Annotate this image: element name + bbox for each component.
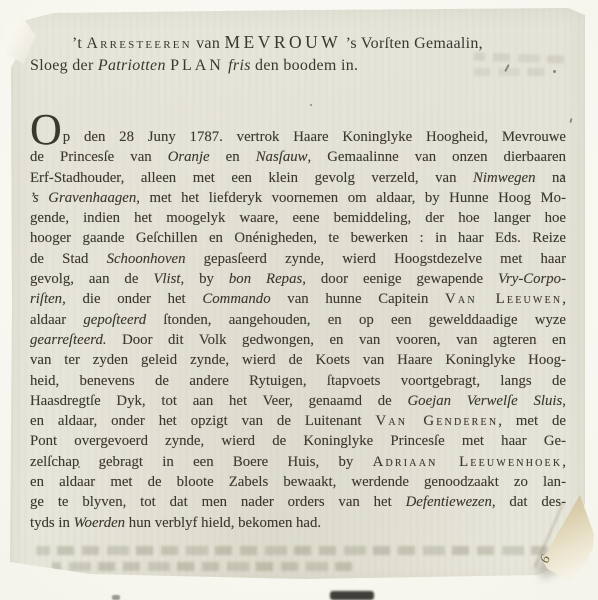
text-segment: van ter zyden geleid zynde, wierd de Koe… bbox=[30, 352, 566, 368]
ink-speck bbox=[562, 174, 564, 178]
text-segment: tyds in bbox=[30, 515, 74, 531]
text-segment: de Princesſe van bbox=[30, 149, 168, 165]
text-segment: , Gemaalinne van onzen dierbaaren bbox=[308, 149, 567, 165]
text-line-18: en aldaar met de bloote Zabels bewaakt, … bbox=[30, 472, 566, 492]
text-segment: heid, benevens de andere Rytuigen, ſtapv… bbox=[30, 373, 566, 389]
text-segment: ’s Vorſten Gemaalin, bbox=[341, 35, 483, 52]
text-line-5: gende, indien het moogelyk waare, eene b… bbox=[30, 208, 566, 228]
text-segment: zelſchap gebragt in een Boere Huis, by bbox=[30, 454, 373, 470]
text-line-6: hooger gaande Geſchillen en Onénigheden,… bbox=[30, 228, 566, 248]
text-segment: Haasdregtſe Dyk, tot aan het Veer, genaa… bbox=[30, 393, 407, 409]
text-segment: gepoſteerd bbox=[83, 312, 146, 328]
text-segment: Erf-Stadhouder, alleen met een klein gev… bbox=[30, 170, 473, 186]
text-segment: Van Genderen bbox=[375, 413, 498, 429]
text-segment: , die onder het bbox=[62, 291, 202, 307]
text-segment: Schoonhoven bbox=[107, 251, 186, 267]
text-line-20: tyds in Woerden hun verblyf hield, bekom… bbox=[30, 513, 566, 533]
text-segment: , bbox=[562, 393, 566, 409]
text-segment: , bbox=[562, 291, 566, 307]
text-segment: Pont overgevoerd zynde, wierd de Koningl… bbox=[30, 433, 566, 449]
text-line-11: gearreſteerd. Door dit Volk gedwongen, e… bbox=[30, 330, 566, 350]
text-segment: MEVROUW bbox=[224, 32, 341, 52]
text-segment: en aldaar, onder het opzigt van de Luite… bbox=[30, 413, 375, 429]
text-segment: van hunne Capitein bbox=[271, 291, 445, 307]
text-line-16: Pont overgevoerd zynde, wierd de Koningl… bbox=[30, 431, 566, 451]
text-segment: hooger gaande Geſchillen en Onénigheden,… bbox=[30, 230, 566, 246]
text-line-9: riſten, die onder het Commando van hunne… bbox=[30, 289, 566, 309]
text-line-10: aldaar gepoſteerd ſtonden, aangehouden, … bbox=[30, 310, 566, 330]
text-segment: , dat des- bbox=[492, 494, 566, 510]
text-segment: , by bbox=[180, 271, 228, 287]
ink-speck bbox=[553, 70, 556, 73]
text-segment: ge te blyven, tot dat men nader orders v… bbox=[30, 494, 406, 510]
text-segment: , met de bbox=[498, 413, 566, 429]
text-segment: gepasſeerd zynde, wierd Hoogstdezelve me… bbox=[185, 251, 566, 267]
text-segment: den boodem in. bbox=[251, 57, 359, 74]
text-line-8: gevolg, aan de Vlist, by bon Repas, door… bbox=[30, 269, 566, 289]
ink-show-through-1 bbox=[36, 546, 548, 555]
text-line-4: ’s Gravenhaagen, met het liefderyk voorn… bbox=[30, 188, 566, 208]
text-segment: Commando bbox=[202, 291, 270, 307]
ink-show-through-4 bbox=[474, 68, 544, 76]
text-segment: Vry-Corpo- bbox=[498, 271, 566, 287]
text-line-19: ge te blyven, tot dat men nader orders v… bbox=[30, 492, 566, 512]
text-segment: hun verblyf hield, bekomen had. bbox=[125, 515, 321, 531]
ink-speck bbox=[569, 118, 572, 123]
text-segment: Sloeg der bbox=[30, 57, 98, 74]
text-line-17: zelſchap gebragt in een Boere Huis, by A… bbox=[30, 452, 566, 472]
text-segment: bon Repas bbox=[229, 271, 302, 287]
text-segment: ’s Gravenhaagen bbox=[30, 190, 136, 206]
text-segment: Defentiewezen bbox=[406, 494, 492, 510]
text-segment: Arresteeren bbox=[86, 35, 191, 52]
text-segment: Door dit Volk gedwongen, en van vooren, … bbox=[107, 332, 566, 348]
text-segment: p den 28 Juny 1787. vertrok Haare Koning… bbox=[63, 129, 566, 145]
text-segment: gearreſteerd. bbox=[30, 332, 107, 348]
text-segment: Oranje bbox=[168, 149, 210, 165]
body-text: Op den 28 Juny 1787. vertrok Haare Konin… bbox=[30, 127, 566, 533]
text-line-14: Haasdregtſe Dyk, tot aan het Veer, genaa… bbox=[30, 391, 566, 411]
text-segment: Adriaan Leeuwenhoek bbox=[373, 454, 563, 470]
text-segment: , bbox=[562, 454, 566, 470]
text-segment: gevolg, aan de bbox=[30, 271, 153, 287]
text-segment: ſtonden, aangehouden, en op een geweldda… bbox=[146, 312, 566, 328]
text-segment: PLAN bbox=[170, 57, 224, 74]
text-segment: , met het liefderyk voornemen om aldaar,… bbox=[136, 190, 566, 206]
ink-smudge-small bbox=[112, 595, 120, 600]
ink-smudge-bottom bbox=[330, 591, 374, 600]
text-segment: , door eenige gewapende bbox=[302, 271, 498, 287]
text-segment: aldaar bbox=[30, 312, 83, 328]
text-segment: Woerden bbox=[74, 515, 126, 531]
text-segment: fris bbox=[228, 57, 251, 74]
text-line-15: en aldaar, onder het opzigt van de Luite… bbox=[30, 411, 566, 431]
text-segment: Vlist bbox=[153, 271, 180, 287]
text-segment: en aldaar met de bloote Zabels bewaakt, … bbox=[30, 474, 566, 490]
text-segment: de Stad bbox=[30, 251, 107, 267]
text-segment: Nasſauw bbox=[256, 149, 308, 165]
headline-line-1: ’t Arresteeren van MEVROUW ’s Vorſten Ge… bbox=[72, 32, 555, 53]
text-segment: van bbox=[192, 35, 225, 52]
text-segment: ’t bbox=[72, 35, 86, 52]
text-segment: Nimwegen bbox=[473, 170, 535, 186]
text-segment: en bbox=[210, 149, 256, 165]
text-segment: riſten bbox=[30, 291, 62, 307]
ink-speck bbox=[310, 104, 312, 106]
ink-speck bbox=[78, 466, 80, 468]
text-line-7: de Stad Schoonhoven gepasſeerd zynde, wi… bbox=[30, 249, 566, 269]
text-line-3: Erf-Stadhouder, alleen met een klein gev… bbox=[30, 168, 566, 188]
text-line-2: de Princesſe van Oranje en Nasſauw, Gema… bbox=[30, 147, 566, 167]
text-segment: Goejan Verwelſe Sluis bbox=[407, 393, 562, 409]
text-segment: Patriotten bbox=[98, 57, 166, 74]
text-segment: gende, indien het moogelyk waare, eene b… bbox=[30, 210, 566, 226]
text-line-13: heid, benevens de andere Rytuigen, ſtapv… bbox=[30, 371, 566, 391]
text-segment: Van Leeuwen bbox=[445, 291, 562, 307]
ink-show-through-2 bbox=[52, 562, 352, 571]
text-line-12: van ter zyden geleid zynde, wierd de Koe… bbox=[30, 350, 566, 370]
paper-sheet: ’t Arresteeren van MEVROUW ’s Vorſten Ge… bbox=[10, 8, 585, 586]
text-line-1: Op den 28 Juny 1787. vertrok Haare Konin… bbox=[30, 127, 566, 147]
scanned-pamphlet-page: ’t Arresteeren van MEVROUW ’s Vorſten Ge… bbox=[0, 0, 598, 600]
